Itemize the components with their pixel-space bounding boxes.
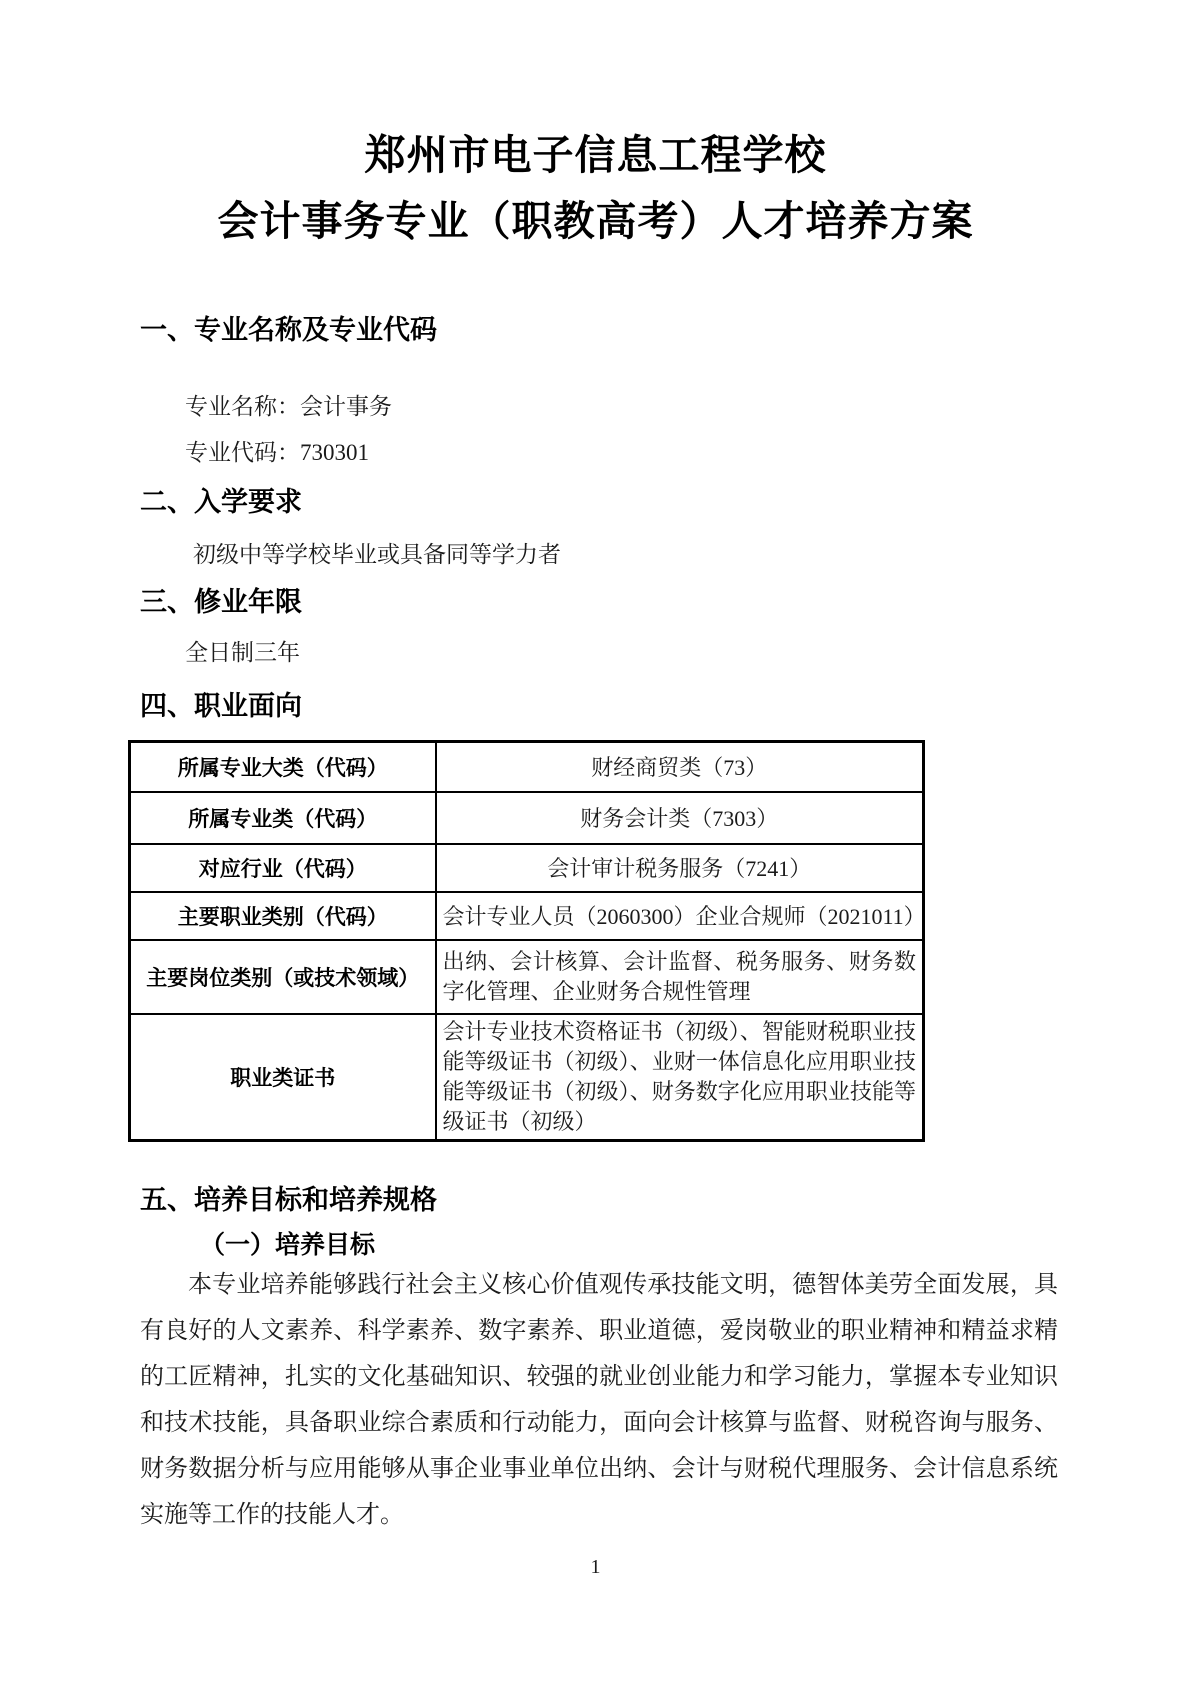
- study-duration-line: 全日制三年: [185, 634, 300, 667]
- table-row-value: 会计专业技术资格证书（初级）、智能财税职业技能等级证书（初级）、业财一体信息化应…: [436, 1014, 924, 1141]
- table-row-value: 会计专业人员（2060300）企业合规师（2021011）: [436, 892, 924, 940]
- table-row-value: 财务会计类（7303）: [436, 792, 924, 844]
- table-row-value: 财经商贸类（73）: [436, 742, 924, 792]
- document-title-line2: 会计事务专业（职教高考）人才培养方案: [0, 188, 1191, 254]
- career-orientation-table: 所属专业大类（代码） 财经商贸类（73） 所属专业类（代码） 财务会计类（730…: [128, 740, 925, 1142]
- section-heading-5: 五、培养目标和培养规格: [140, 1178, 437, 1217]
- section-heading-2: 二、入学要求: [140, 480, 302, 519]
- table-row-value: 会计审计税务服务（7241）: [436, 844, 924, 892]
- document-title-line1: 郑州市电子信息工程学校: [0, 122, 1191, 188]
- document-page: 郑州市电子信息工程学校 会计事务专业（职教高考）人才培养方案 一、专业名称及专业…: [0, 0, 1191, 1684]
- table-row-label: 主要岗位类别（或技术领域）: [130, 940, 436, 1014]
- table-row: 对应行业（代码） 会计审计税务服务（7241）: [130, 844, 924, 892]
- table-row-label: 所属专业类（代码）: [130, 792, 436, 844]
- table-row-label: 职业类证书: [130, 1014, 436, 1141]
- table-row: 所属专业大类（代码） 财经商贸类（73）: [130, 742, 924, 792]
- section-heading-3: 三、修业年限: [140, 580, 302, 619]
- page-number: 1: [0, 1556, 1191, 1579]
- table-row: 职业类证书 会计专业技术资格证书（初级）、智能财税职业技能等级证书（初级）、业财…: [130, 1014, 924, 1141]
- table-row: 所属专业类（代码） 财务会计类（7303）: [130, 792, 924, 844]
- document-title: 郑州市电子信息工程学校 会计事务专业（职教高考）人才培养方案: [0, 122, 1191, 254]
- major-code-line: 专业代码：730301: [185, 434, 369, 467]
- table-row-label: 所属专业大类（代码）: [130, 742, 436, 792]
- section-heading-1: 一、专业名称及专业代码: [140, 308, 437, 347]
- section-heading-4: 四、职业面向: [140, 684, 302, 723]
- table-row-value: 出纳、会计核算、会计监督、税务服务、财务数字化管理、企业财务合规性管理: [436, 940, 924, 1014]
- table-row: 主要岗位类别（或技术领域） 出纳、会计核算、会计监督、税务服务、财务数字化管理、…: [130, 940, 924, 1014]
- admission-requirement-line: 初级中等学校毕业或具备同等学力者: [193, 536, 561, 569]
- training-goal-paragraph: 本专业培养能够践行社会主义核心价值观传承技能文明，德智体美劳全面发展，具有良好的…: [140, 1262, 1058, 1538]
- major-name-line: 专业名称：会计事务: [185, 388, 392, 421]
- table-row-label: 主要职业类别（代码）: [130, 892, 436, 940]
- subsection-heading-training-goal: （一）培养目标: [200, 1225, 375, 1261]
- table-row-label: 对应行业（代码）: [130, 844, 436, 892]
- table-row: 主要职业类别（代码） 会计专业人员（2060300）企业合规师（2021011）: [130, 892, 924, 940]
